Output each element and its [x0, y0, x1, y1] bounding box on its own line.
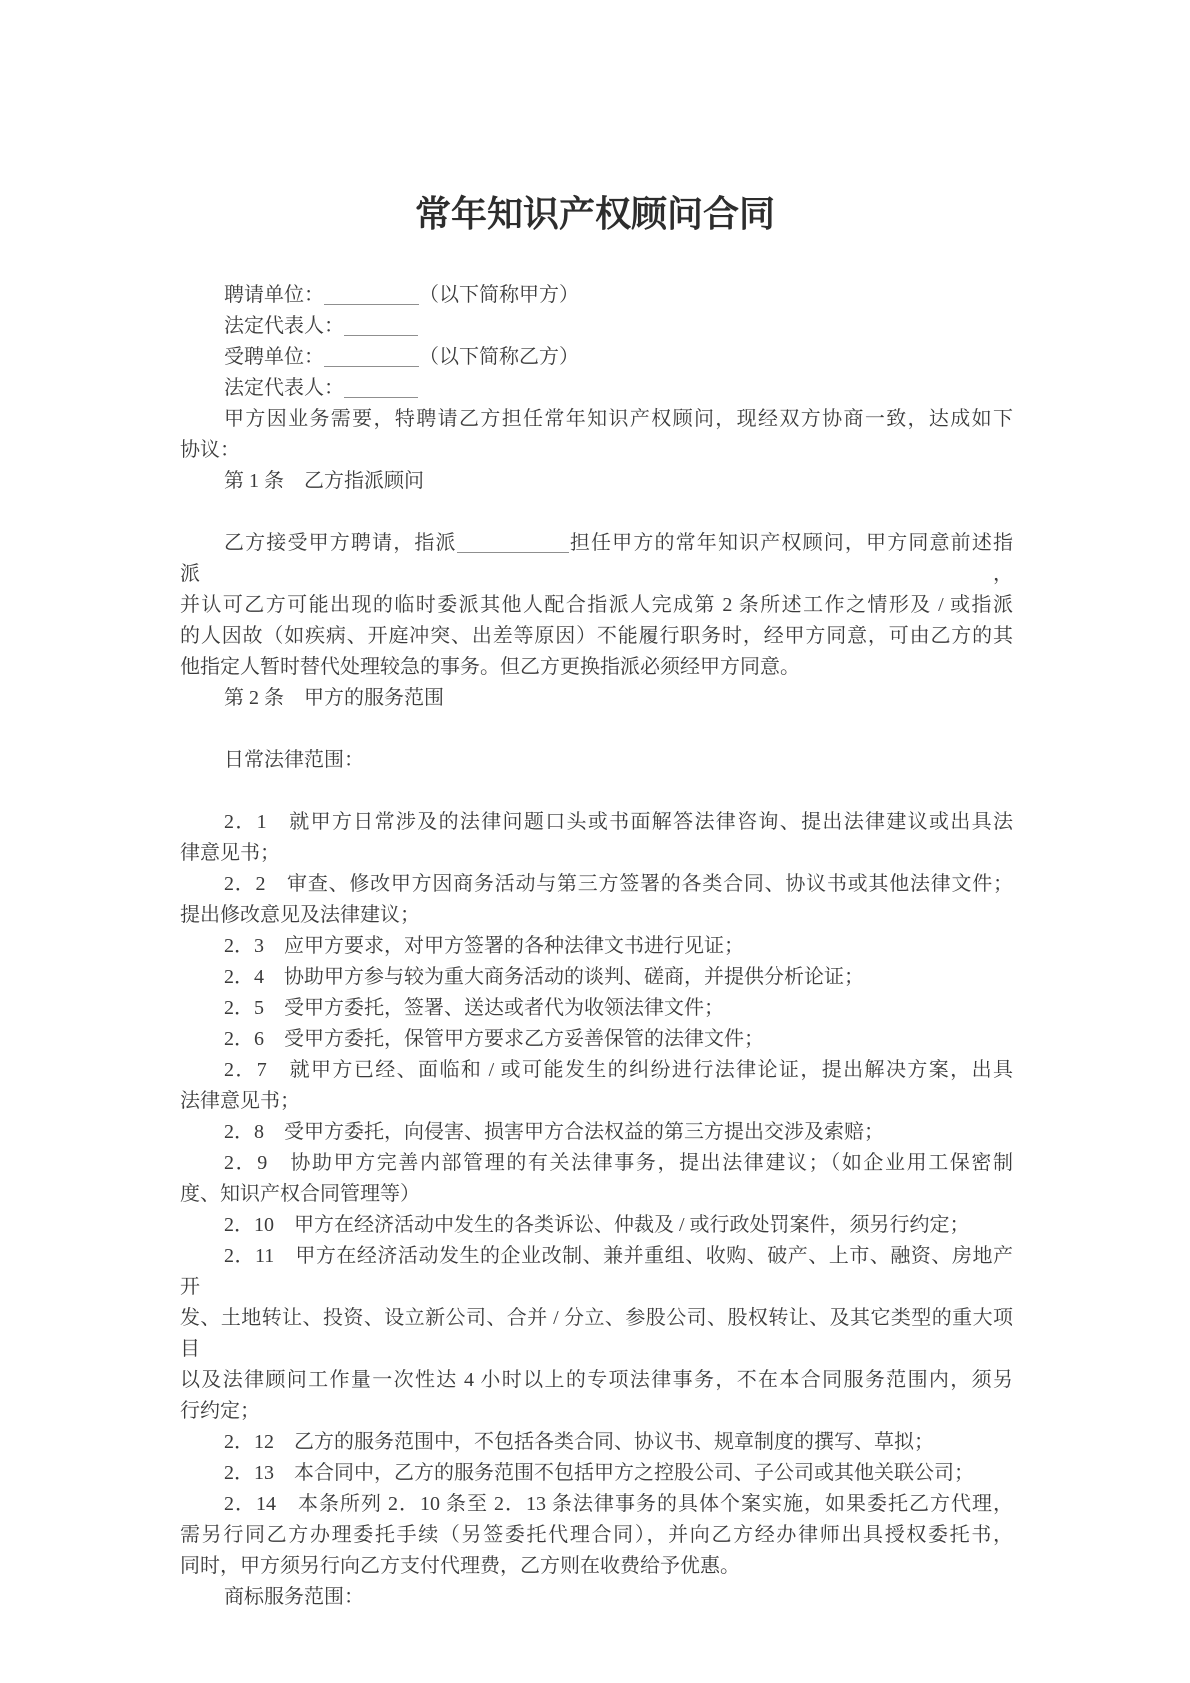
text-line: 以及法律顾问工作量一次性达 4 小时以上的专项法律事务，不在本合同服务范围内，须… — [180, 1365, 1013, 1396]
text-run: 2．7 就甲方已经、面临和 / 或可能发生的纠纷进行法律论证，提出解决方案，出具 — [224, 1059, 1013, 1081]
text-line: 2．14 本条所列 2．10 条至 2．13 条法律事务的具体个案实施，如果委托… — [180, 1489, 1013, 1520]
text-line: 聘请单位：（以下简称甲方） — [180, 280, 1013, 311]
party-b-representative-line: 法定代表人： — [180, 373, 1013, 404]
text-run: 协议： — [180, 439, 240, 461]
party-b-line: 受聘单位：（以下简称乙方） — [180, 342, 1013, 373]
text-line: 同时，甲方须另行向乙方支付代理费，乙方则在收费给予优惠。 — [180, 1551, 1013, 1582]
text-run: 同时，甲方须另行向乙方支付代理费，乙方则在收费给予优惠。 — [180, 1555, 740, 1577]
text-line: 商标服务范围： — [180, 1582, 1013, 1613]
text-run: 他指定人暂时替代处理较急的事务。但乙方更换指派必须经甲方同意。 — [180, 656, 800, 678]
text-line: 2．3 应甲方要求，对甲方签署的各种法律文书进行见证； — [180, 931, 1013, 962]
text-run: 2．8 受甲方委托，向侵害、损害甲方合法权益的第三方提出交涉及索赔； — [224, 1121, 884, 1143]
text-line: 2．4 协助甲方参与较为重大商务活动的谈判、磋商，并提供分析论证； — [180, 962, 1013, 993]
text-line: 的人因故（如疾病、开庭冲突、出差等原因）不能履行职务时，经甲方同意，可由乙方的其 — [180, 621, 1013, 652]
text-run: 并认可乙方可能出现的临时委派其他人配合指派人完成第 2 条所述工作之情形及 / … — [180, 594, 1013, 616]
text-run: 2．10 甲方在经济活动中发生的各类诉讼、仲裁及 / 或行政处罚案件，须另行约定… — [224, 1214, 970, 1236]
text-run: 商标服务范围： — [224, 1586, 364, 1608]
text-line: 律意见书； — [180, 838, 1013, 869]
item-2-14: 2．14 本条所列 2．10 条至 2．13 条法律事务的具体个案实施，如果委托… — [180, 1489, 1013, 1582]
article-2-heading: 第 2 条 甲方的服务范围 — [180, 683, 1013, 714]
text-run: 2．2 审查、修改甲方因商务活动与第三方签署的各类合同、协议书或其他法律文件； — [224, 873, 1013, 895]
text-line: 2．8 受甲方委托，向侵害、损害甲方合法权益的第三方提出交涉及索赔； — [180, 1117, 1013, 1148]
text-line: 发、土地转让、投资、设立新公司、合并 / 分立、参股公司、股权转让、及其它类型的… — [180, 1303, 1013, 1365]
text-line: 2．5 受甲方委托，签署、送达或者代为收领法律文件； — [180, 993, 1013, 1024]
item-2-3: 2．3 应甲方要求，对甲方签署的各种法律文书进行见证； — [180, 931, 1013, 962]
text-line: 2．9 协助甲方完善内部管理的有关法律事务，提出法律建议；（如企业用工保密制 — [180, 1148, 1013, 1179]
text-run: 2．12 乙方的服务范围中，不包括各类合同、协议书、规章制度的撰写、草拟； — [224, 1431, 934, 1453]
party-a-representative-line: 法定代表人： — [180, 311, 1013, 342]
text-run: 聘请单位： — [224, 284, 324, 306]
text-line: 法律意见书； — [180, 1086, 1013, 1117]
fill-in-blank — [457, 528, 569, 553]
article-1-heading: 第 1 条 乙方指派顾问 — [180, 466, 1013, 497]
text-line: 并认可乙方可能出现的临时委派其他人配合指派人完成第 2 条所述工作之情形及 / … — [180, 590, 1013, 621]
spacer — [180, 714, 1013, 745]
text-line: 2．6 受甲方委托，保管甲方要求乙方妥善保管的法律文件； — [180, 1024, 1013, 1055]
text-run: 日常法律范围： — [224, 749, 364, 771]
text-line: 2．1 就甲方日常涉及的法律问题口头或书面解答法律咨询、提出法律建议或出具法 — [180, 807, 1013, 838]
spacer — [180, 776, 1013, 807]
text-run: 2．13 本合同中，乙方的服务范围不包括甲方之控股公司、子公司或其他关联公司； — [224, 1462, 974, 1484]
item-2-8: 2．8 受甲方委托，向侵害、损害甲方合法权益的第三方提出交涉及索赔； — [180, 1117, 1013, 1148]
text-run: 乙方接受甲方聘请，指派 — [224, 532, 457, 554]
text-run: 法定代表人： — [224, 315, 344, 337]
item-2-13: 2．13 本合同中，乙方的服务范围不包括甲方之控股公司、子公司或其他关联公司； — [180, 1458, 1013, 1489]
text-run: 第 1 条 乙方指派顾问 — [224, 470, 424, 492]
text-run: 甲方因业务需要，特聘请乙方担任常年知识产权顾问，现经双方协商一致，达成如下 — [224, 408, 1013, 430]
party-a-line: 聘请单位：（以下简称甲方） — [180, 280, 1013, 311]
text-line: 他指定人暂时替代处理较急的事务。但乙方更换指派必须经甲方同意。 — [180, 652, 1013, 683]
article-1-body: 乙方接受甲方聘请，指派担任甲方的常年知识产权顾问，甲方同意前述指派，并认可乙方可… — [180, 528, 1013, 683]
fill-in-blank — [324, 280, 419, 305]
text-line: 协议： — [180, 435, 1013, 466]
text-line: 需另行同乙方办理委托手续（另签委托代理合同），并向乙方经办律师出具授权委托书， — [180, 1520, 1013, 1551]
trademark-scope-heading: 商标服务范围： — [180, 1582, 1013, 1613]
text-run: 提出修改意见及法律建议； — [180, 904, 420, 926]
text-run: 律意见书； — [180, 842, 280, 864]
text-line: 甲方因业务需要，特聘请乙方担任常年知识产权顾问，现经双方协商一致，达成如下 — [180, 404, 1013, 435]
preamble: 甲方因业务需要，特聘请乙方担任常年知识产权顾问，现经双方协商一致，达成如下协议： — [180, 404, 1013, 466]
item-2-12: 2．12 乙方的服务范围中，不包括各类合同、协议书、规章制度的撰写、草拟； — [180, 1427, 1013, 1458]
item-2-10: 2．10 甲方在经济活动中发生的各类诉讼、仲裁及 / 或行政处罚案件，须另行约定… — [180, 1210, 1013, 1241]
text-run: 需另行同乙方办理委托手续（另签委托代理合同），并向乙方经办律师出具授权委托书， — [180, 1524, 1013, 1546]
text-run: 2．5 受甲方委托，签署、送达或者代为收领法律文件； — [224, 997, 724, 1019]
text-line: 日常法律范围： — [180, 745, 1013, 776]
text-run: 行约定； — [180, 1400, 260, 1422]
text-run: 法定代表人： — [224, 377, 344, 399]
text-run: （以下简称乙方） — [419, 346, 579, 368]
text-run: 2．6 受甲方委托，保管甲方要求乙方妥善保管的法律文件； — [224, 1028, 764, 1050]
text-line: 第 2 条 甲方的服务范围 — [180, 683, 1013, 714]
item-2-7: 2．7 就甲方已经、面临和 / 或可能发生的纠纷进行法律论证，提出解决方案，出具… — [180, 1055, 1013, 1117]
text-run: 法律意见书； — [180, 1090, 300, 1112]
text-run: 2．1 就甲方日常涉及的法律问题口头或书面解答法律咨询、提出法律建议或出具法 — [224, 811, 1013, 833]
text-run: 发、土地转让、投资、设立新公司、合并 / 分立、参股公司、股权转让、及其它类型的… — [180, 1307, 1013, 1360]
text-line: 法定代表人： — [180, 373, 1013, 404]
text-line: 2．10 甲方在经济活动中发生的各类诉讼、仲裁及 / 或行政处罚案件，须另行约定… — [180, 1210, 1013, 1241]
fill-in-blank — [324, 342, 419, 367]
document-title: 常年知识产权顾问合同 — [0, 190, 1190, 238]
item-2-9: 2．9 协助甲方完善内部管理的有关法律事务，提出法律建议；（如企业用工保密制度、… — [180, 1148, 1013, 1210]
text-run: （以下简称甲方） — [419, 284, 579, 306]
text-run: 受聘单位： — [224, 346, 324, 368]
spacer — [180, 497, 1013, 528]
text-line: 度、知识产权合同管理等） — [180, 1179, 1013, 1210]
text-line: 第 1 条 乙方指派顾问 — [180, 466, 1013, 497]
fill-in-blank — [344, 311, 418, 336]
text-line: 法定代表人： — [180, 311, 1013, 342]
item-2-1: 2．1 就甲方日常涉及的法律问题口头或书面解答法律咨询、提出法律建议或出具法律意… — [180, 807, 1013, 869]
text-run: 度、知识产权合同管理等） — [180, 1183, 420, 1205]
item-2-5: 2．5 受甲方委托，签署、送达或者代为收领法律文件； — [180, 993, 1013, 1024]
text-run: 2．4 协助甲方参与较为重大商务活动的谈判、磋商，并提供分析论证； — [224, 966, 864, 988]
item-2-4: 2．4 协助甲方参与较为重大商务活动的谈判、磋商，并提供分析论证； — [180, 962, 1013, 993]
text-line: 受聘单位：（以下简称乙方） — [180, 342, 1013, 373]
text-run: 的人因故（如疾病、开庭冲突、出差等原因）不能履行职务时，经甲方同意，可由乙方的其 — [180, 625, 1013, 647]
text-run: 第 2 条 甲方的服务范围 — [224, 687, 444, 709]
text-line: 2．13 本合同中，乙方的服务范围不包括甲方之控股公司、子公司或其他关联公司； — [180, 1458, 1013, 1489]
fill-in-blank — [344, 373, 418, 398]
item-2-11: 2．11 甲方在经济活动发生的企业改制、兼并重组、收购、破产、上市、融资、房地产… — [180, 1241, 1013, 1427]
text-run: 2．14 本条所列 2．10 条至 2．13 条法律事务的具体个案实施，如果委托… — [224, 1493, 1013, 1515]
text-line: 提出修改意见及法律建议； — [180, 900, 1013, 931]
item-2-2: 2．2 审查、修改甲方因商务活动与第三方签署的各类合同、协议书或其他法律文件；提… — [180, 869, 1013, 931]
text-run: 2．3 应甲方要求，对甲方签署的各种法律文书进行见证； — [224, 935, 744, 957]
text-line: 2．11 甲方在经济活动发生的企业改制、兼并重组、收购、破产、上市、融资、房地产… — [180, 1241, 1013, 1303]
text-line: 2．2 审查、修改甲方因商务活动与第三方签署的各类合同、协议书或其他法律文件； — [180, 869, 1013, 900]
text-line: 2．7 就甲方已经、面临和 / 或可能发生的纠纷进行法律论证，提出解决方案，出具 — [180, 1055, 1013, 1086]
text-run: 2．11 甲方在经济活动发生的企业改制、兼并重组、收购、破产、上市、融资、房地产… — [180, 1245, 1013, 1298]
document-body: 聘请单位：（以下简称甲方）法定代表人：受聘单位：（以下简称乙方）法定代表人：甲方… — [180, 280, 1013, 1613]
text-run: 以及法律顾问工作量一次性达 4 小时以上的专项法律事务，不在本合同服务范围内，须… — [180, 1369, 1013, 1391]
contract-page: 常年知识产权顾问合同 聘请单位：（以下简称甲方）法定代表人：受聘单位：（以下简称… — [0, 0, 1190, 1683]
item-2-6: 2．6 受甲方委托，保管甲方要求乙方妥善保管的法律文件； — [180, 1024, 1013, 1055]
text-run: 2．9 协助甲方完善内部管理的有关法律事务，提出法律建议；（如企业用工保密制 — [224, 1152, 1013, 1174]
text-line: 行约定； — [180, 1396, 1013, 1427]
daily-legal-scope-heading: 日常法律范围： — [180, 745, 1013, 776]
text-line: 乙方接受甲方聘请，指派担任甲方的常年知识产权顾问，甲方同意前述指派， — [180, 528, 1013, 590]
text-line: 2．12 乙方的服务范围中，不包括各类合同、协议书、规章制度的撰写、草拟； — [180, 1427, 1013, 1458]
